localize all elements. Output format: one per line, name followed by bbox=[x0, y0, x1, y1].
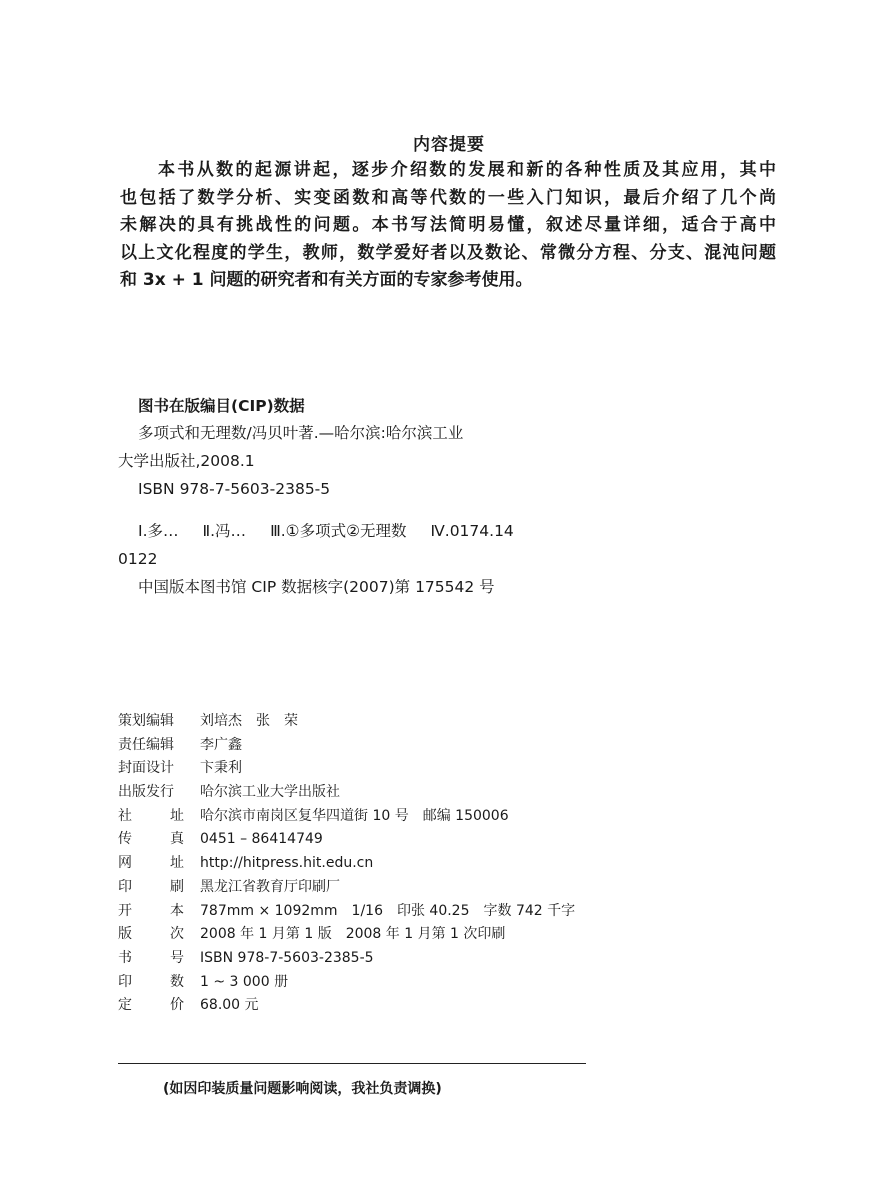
colophon-value: 黑龙江省教育厅印刷厂 bbox=[200, 876, 638, 900]
cip-title-line-cont: 大学出版社,2008.1 bbox=[118, 447, 678, 475]
colophon-row-publisher: 出版发行 哈尔滨工业大学出版社 bbox=[118, 781, 638, 805]
horizontal-rule bbox=[118, 1063, 586, 1064]
abstract-line: 未解决的具有挑战性的问题。本书写法简明易懂，叙述尽量详细，适合于高中 bbox=[120, 212, 776, 240]
abstract-line: 本书从数的起源讲起，逐步介绍数的发展和新的各种性质及其应用，其中 bbox=[120, 157, 776, 185]
colophon-value: 哈尔滨工业大学出版社 bbox=[200, 781, 638, 805]
cip-classification: Ⅰ.多… Ⅱ.冯… Ⅲ.①多项式②无理数 Ⅳ.0174.14 bbox=[118, 517, 678, 545]
cip-classification-item: Ⅱ.冯… bbox=[203, 517, 247, 545]
cip-title-line: 多项式和无理数/冯贝叶著.—哈尔滨:哈尔滨工业 bbox=[118, 419, 678, 447]
cip-classification-item: Ⅳ.0174.14 bbox=[430, 517, 513, 545]
abstract-line: 以上文化程度的学生，教师，数学爱好者以及数论、常微分方程、分支、混沌问题 bbox=[120, 240, 776, 268]
colophon-value: 李广鑫 bbox=[200, 734, 638, 758]
colophon-row-planning-editor: 策划编辑 刘培杰 张 荣 bbox=[118, 710, 638, 734]
colophon-label: 传真 bbox=[118, 828, 184, 852]
colophon-label: 封面设计 bbox=[118, 757, 184, 781]
abstract-line: 和 3x + 1 问题的研究者和有关方面的专家参考使用。 bbox=[120, 267, 776, 295]
colophon-label: 网址 bbox=[118, 852, 184, 876]
colophon-label: 书号 bbox=[118, 947, 184, 971]
cip-classification-item: Ⅰ.多… bbox=[138, 517, 179, 545]
colophon-value: 刘培杰 张 荣 bbox=[200, 710, 638, 734]
colophon-label: 印刷 bbox=[118, 876, 184, 900]
colophon-value: 2008 年 1 月第 1 版 2008 年 1 月第 1 次印刷 bbox=[200, 923, 638, 947]
colophon-value-url: http://hitpress.hit.edu.cn bbox=[200, 852, 638, 876]
abstract-title: 内容提要 bbox=[0, 130, 888, 155]
cip-block: 图书在版编目(CIP)数据 多项式和无理数/冯贝叶著.—哈尔滨:哈尔滨工业 大学… bbox=[118, 394, 678, 601]
colophon-row-website: 网址 http://hitpress.hit.edu.cn bbox=[118, 852, 638, 876]
cip-classification-cont: 0122 bbox=[118, 545, 678, 573]
colophon-row-price: 定价 68.00 元 bbox=[118, 994, 638, 1018]
colophon-label: 印数 bbox=[118, 971, 184, 995]
colophon-row-fax: 传真 0451 – 86414749 bbox=[118, 828, 638, 852]
colophon-row-edition: 版次 2008 年 1 月第 1 版 2008 年 1 月第 1 次印刷 bbox=[118, 923, 638, 947]
colophon-row-responsible-editor: 责任编辑 李广鑫 bbox=[118, 734, 638, 758]
colophon-row-print-run: 印数 1 ~ 3 000 册 bbox=[118, 971, 638, 995]
colophon-value: 1 ~ 3 000 册 bbox=[200, 971, 638, 995]
colophon-row-address: 社址 哈尔滨市南岗区复华四道街 10 号 邮编 150006 bbox=[118, 805, 638, 829]
colophon-label: 版次 bbox=[118, 923, 184, 947]
abstract-body: 本书从数的起源讲起，逐步介绍数的发展和新的各种性质及其应用，其中 也包括了数学分… bbox=[120, 157, 776, 295]
cip-isbn: ISBN 978-7-5603-2385-5 bbox=[118, 475, 678, 503]
footer-note: (如因印装质量问题影响阅读，我社负责调换) bbox=[163, 1078, 442, 1098]
colophon-label: 策划编辑 bbox=[118, 710, 184, 734]
colophon-row-format: 开本 787mm × 1092mm 1/16 印张 40.25 字数 742 千… bbox=[118, 900, 638, 924]
colophon-value: ISBN 978-7-5603-2385-5 bbox=[200, 947, 638, 971]
colophon-value: 卞秉利 bbox=[200, 757, 638, 781]
cip-header: 图书在版编目(CIP)数据 bbox=[118, 394, 678, 419]
colophon-row-isbn: 书号 ISBN 978-7-5603-2385-5 bbox=[118, 947, 638, 971]
cip-record: 中国版本图书馆 CIP 数据核字(2007)第 175542 号 bbox=[118, 573, 678, 601]
colophon-value: 787mm × 1092mm 1/16 印张 40.25 字数 742 千字 bbox=[200, 900, 638, 924]
colophon-label: 出版发行 bbox=[118, 781, 184, 805]
abstract-line: 也包括了数学分析、实变函数和高等代数的一些入门知识，最后介绍了几个尚 bbox=[120, 185, 776, 213]
colophon-value: 哈尔滨市南岗区复华四道街 10 号 邮编 150006 bbox=[200, 805, 638, 829]
colophon-label: 定价 bbox=[118, 994, 184, 1018]
colophon-row-printer: 印刷 黑龙江省教育厅印刷厂 bbox=[118, 876, 638, 900]
cip-classification-item: Ⅲ.①多项式②无理数 bbox=[270, 517, 406, 545]
colophon-label: 社址 bbox=[118, 805, 184, 829]
colophon: 策划编辑 刘培杰 张 荣 责任编辑 李广鑫 封面设计 卞秉利 出版发行 哈尔滨工… bbox=[118, 710, 638, 1018]
colophon-row-cover-design: 封面设计 卞秉利 bbox=[118, 757, 638, 781]
colophon-value: 68.00 元 bbox=[200, 994, 638, 1018]
colophon-label: 责任编辑 bbox=[118, 734, 184, 758]
colophon-label: 开本 bbox=[118, 900, 184, 924]
colophon-value: 0451 – 86414749 bbox=[200, 828, 638, 852]
